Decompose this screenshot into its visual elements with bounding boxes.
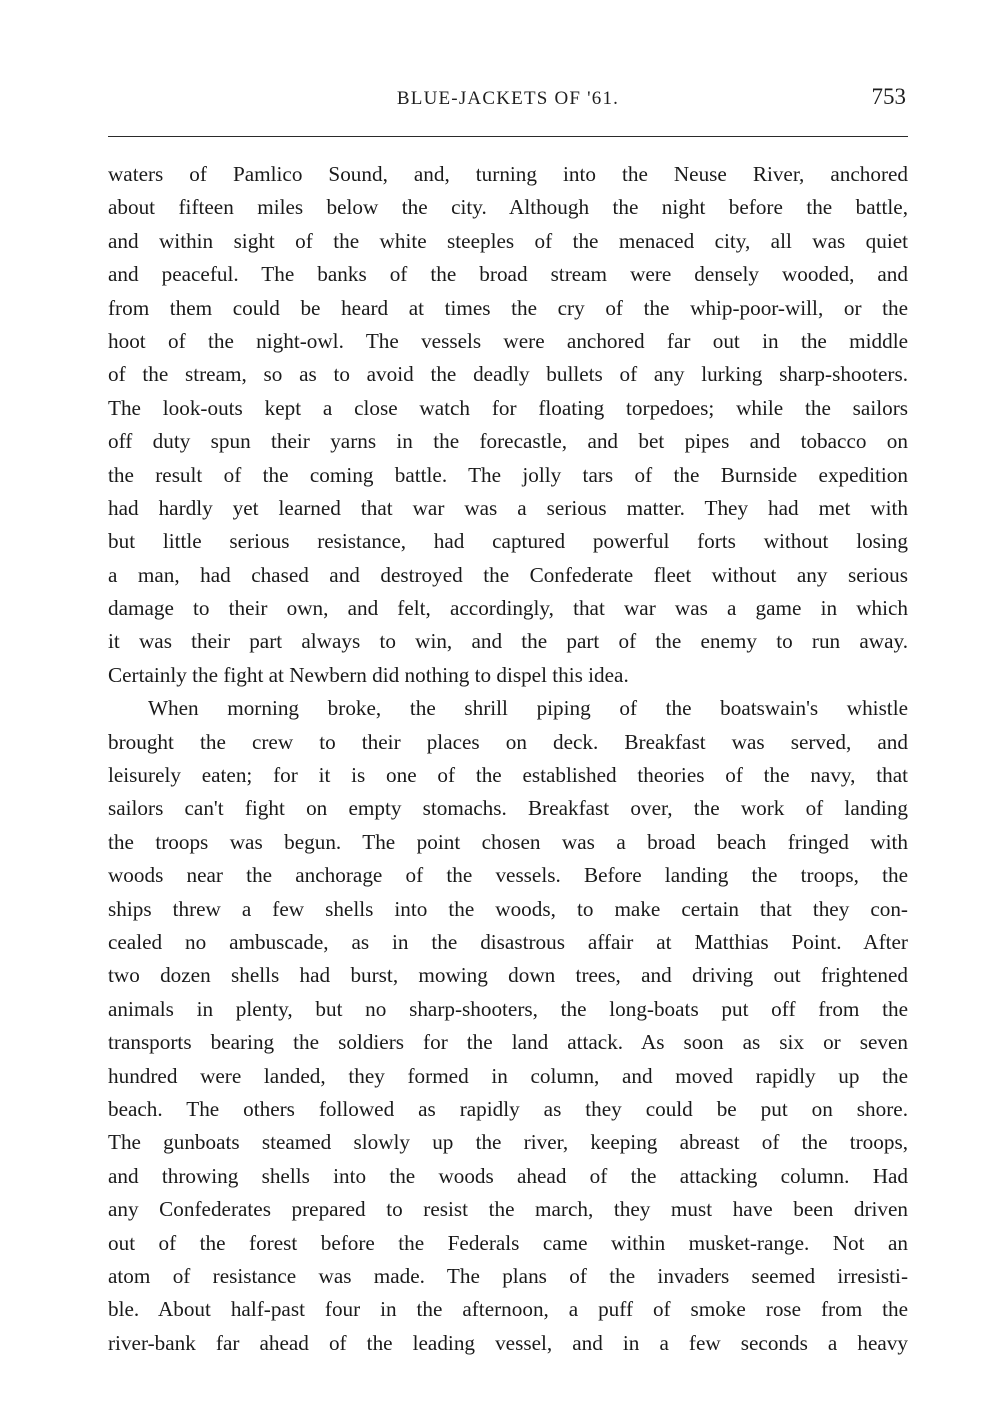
text-line: but little serious resistance, had captu…	[108, 525, 908, 558]
page-number: 753	[872, 84, 907, 110]
text-line: beach. The others followed as rapidly as…	[108, 1093, 908, 1126]
text-line: of the stream, so as to avoid the deadly…	[108, 358, 908, 391]
text-line: the troops was begun. The point chosen w…	[108, 826, 908, 859]
text-line: brought the crew to their places on deck…	[108, 726, 908, 759]
text-line: damage to their own, and felt, according…	[108, 592, 908, 625]
text-line: animals in plenty, but no sharp-shooters…	[108, 993, 908, 1026]
text-line: Certainly the fight at Newbern did nothi…	[108, 659, 908, 692]
text-line: it was their part always to win, and the…	[108, 625, 908, 658]
text-line: from them could be heard at times the cr…	[108, 292, 908, 325]
text-line: any Confederates prepared to resist the …	[108, 1193, 908, 1226]
text-line: ble. About half-past four in the afterno…	[108, 1293, 908, 1326]
text-line: sailors can't fight on empty stomachs. B…	[108, 792, 908, 825]
text-line: woods near the anchorage of the vessels.…	[108, 859, 908, 892]
text-line: atom of resistance was made. The plans o…	[108, 1260, 908, 1293]
text-line: The gunboats steamed slowly up the river…	[108, 1126, 908, 1159]
text-line: The look-outs kept a close watch for flo…	[108, 392, 908, 425]
text-line: hoot of the night-owl. The vessels were …	[108, 325, 908, 358]
running-title: BLUE-JACKETS OF '61.	[108, 88, 908, 110]
text-line: river-bank far ahead of the leading vess…	[108, 1327, 908, 1360]
paragraph-1: waters of Pamlico Sound, and, turning in…	[108, 158, 908, 692]
text-line: off duty spun their yarns in the forecas…	[108, 425, 908, 458]
text-line: the result of the coming battle. The jol…	[108, 459, 908, 492]
header-rule	[108, 136, 908, 137]
text-line: transports bearing the soldiers for the …	[108, 1026, 908, 1059]
text-line: and within sight of the white steeples o…	[108, 225, 908, 258]
text-line: out of the forest before the Federals ca…	[108, 1227, 908, 1260]
text-line: and throwing shells into the woods ahead…	[108, 1160, 908, 1193]
text-line: a man, had chased and destroyed the Conf…	[108, 559, 908, 592]
text-line: and peaceful. The banks of the broad str…	[108, 258, 908, 291]
paragraph-2: When morning broke, the shrill piping of…	[108, 692, 908, 1360]
text-line: had hardly yet learned that war was a se…	[108, 492, 908, 525]
text-line: When morning broke, the shrill piping of…	[108, 692, 908, 725]
running-head: BLUE-JACKETS OF '61. 753	[108, 84, 908, 124]
text-line: waters of Pamlico Sound, and, turning in…	[108, 158, 908, 191]
book-page: BLUE-JACKETS OF '61. 753 waters of Pamli…	[108, 84, 908, 124]
text-line: leisurely eaten; for it is one of the es…	[108, 759, 908, 792]
text-line: two dozen shells had burst, mowing down …	[108, 959, 908, 992]
text-line: ships threw a few shells into the woods,…	[108, 893, 908, 926]
body-text: waters of Pamlico Sound, and, turning in…	[108, 158, 908, 1360]
text-line: cealed no ambuscade, as in the disastrou…	[108, 926, 908, 959]
text-line: hundred were landed, they formed in colu…	[108, 1060, 908, 1093]
text-line: about fifteen miles below the city. Alth…	[108, 191, 908, 224]
